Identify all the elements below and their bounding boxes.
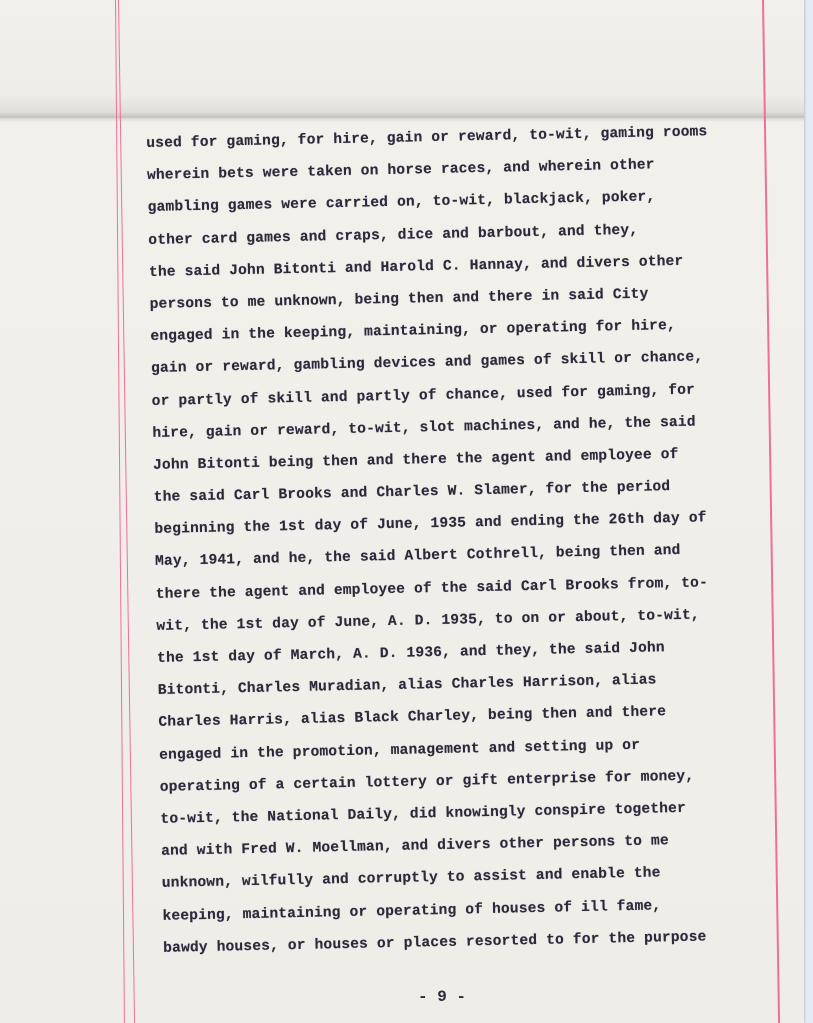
left-margin-rule-double [118, 0, 135, 1023]
typed-body-text: used for gaming, for hire, gain or rewar… [146, 115, 783, 965]
page-fold-flap [0, 0, 804, 118]
page-number: - 9 - [412, 988, 472, 1006]
document-page: used for gaming, for hire, gain or rewar… [0, 0, 804, 1023]
